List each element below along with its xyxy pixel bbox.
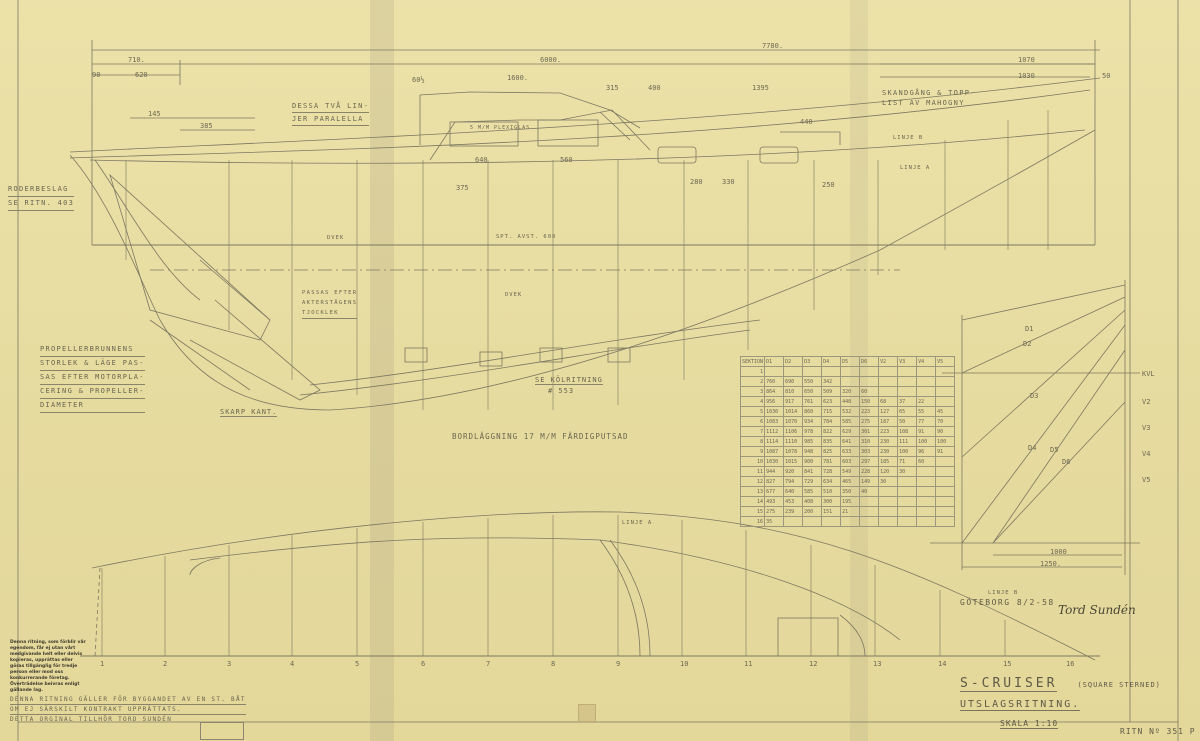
offset-cell [822, 367, 841, 377]
offset-cell: D3 [803, 357, 822, 367]
offset-table: SEKTIOND1D2D3D4D5D6V2V3V4V51276069055034… [740, 356, 955, 527]
note-contract: DENNA RITNING GÄLLER FÖR BYGGANDET AV EN… [10, 695, 246, 724]
offset-cell: 70 [936, 417, 955, 427]
offset-cell: 760 [765, 377, 784, 387]
dim-cabin-0: 60½ [412, 76, 425, 84]
plan-station-label: 2 [163, 660, 167, 668]
offset-cell [898, 377, 917, 387]
offset-cell [917, 487, 936, 497]
offset-cell: 629 [841, 427, 860, 437]
offset-cell: 1110 [784, 437, 803, 447]
offset-cell [898, 367, 917, 377]
offset-cell: 300 [822, 497, 841, 507]
offset-table-row: 1 [741, 367, 955, 377]
offset-cell: 187 [879, 417, 898, 427]
dim-fwd-3: 385 [200, 122, 213, 130]
offset-cell: 715 [822, 407, 841, 417]
offset-cell: 864 [765, 387, 784, 397]
plan-station-label: 4 [290, 660, 294, 668]
offset-cell: 223 [879, 427, 898, 437]
offset-cell: 634 [822, 477, 841, 487]
offset-table-row: 1367764058551035040 [741, 487, 955, 497]
dim-cabin-1395: 1395 [752, 84, 769, 92]
tape-mark [578, 704, 596, 722]
offset-cell: 603 [841, 457, 860, 467]
offset-cell: 978 [803, 427, 822, 437]
offset-cell [784, 517, 803, 527]
offset-cell [917, 387, 936, 397]
dim-stern-end: 50 [1102, 72, 1110, 80]
offset-table-row: 386481065050932060 [741, 387, 955, 397]
offset-cell: 1070 [784, 417, 803, 427]
offset-cell [898, 487, 917, 497]
offset-cell: 40 [860, 487, 879, 497]
offset-cell [860, 377, 879, 387]
note-paralella: DESSA TVÅ LIN- JER PARALELLA [292, 100, 369, 126]
dim-deck-330: 330 [722, 178, 735, 186]
offset-cell: 45 [936, 407, 955, 417]
offset-cell: 585 [803, 487, 822, 497]
offset-cell: 68 [879, 397, 898, 407]
note-bordlaggning: BORDLÄGGNING 17 m/m FÄRDIGPUTSAD [452, 432, 629, 441]
offset-table-row: 10103010159007816032971857160 [741, 457, 955, 467]
offset-cell: 13 [741, 487, 765, 497]
note-propeller: PROPELLERBRUNNENS STORLEK & LÄGE PAS- SA… [40, 343, 145, 413]
label-linje-b-plan: LINJE B [988, 590, 1018, 596]
offset-cell: 342 [822, 377, 841, 387]
offset-cell: 90 [936, 427, 955, 437]
offset-cell: 10 [741, 457, 765, 467]
offset-cell: 1078 [784, 447, 803, 457]
offset-cell: 5 [741, 407, 765, 417]
offset-cell [860, 497, 879, 507]
dim-stern-outer: 1070 [1018, 56, 1035, 64]
offset-cell: 35 [765, 517, 784, 527]
offset-cell: 71 [898, 457, 917, 467]
offset-cell: 794 [784, 477, 803, 487]
offset-cell: 677 [765, 487, 784, 497]
offset-cell: 408 [803, 497, 822, 507]
offset-cell: 917 [784, 397, 803, 407]
offset-cell: 1015 [784, 457, 803, 467]
offset-cell: 827 [765, 477, 784, 487]
offset-cell: 633 [841, 447, 860, 457]
offset-cell [841, 517, 860, 527]
offset-cell: 1106 [784, 427, 803, 437]
offset-cell: 151 [822, 507, 841, 517]
dim-cabin-length: 1600. [507, 74, 528, 82]
offset-cell: D6 [860, 357, 879, 367]
offset-cell: 200 [803, 507, 822, 517]
offset-cell [936, 387, 955, 397]
offset-cell [860, 517, 879, 527]
offset-cell [898, 507, 917, 517]
drawing-scale: SKALA 1:10 [1000, 719, 1058, 729]
offset-cell: 641 [841, 437, 860, 447]
offset-cell [898, 477, 917, 487]
offset-cell: 1 [741, 367, 765, 377]
offset-cell: 91 [917, 427, 936, 437]
offset-cell: 6 [741, 417, 765, 427]
place-date: GÖTEBORG 8/2-58 [960, 598, 1055, 607]
offset-table-row: 610831070934784585275187507770 [741, 417, 955, 427]
dim-deck-250: 250 [822, 181, 835, 189]
offset-cell: 120 [879, 467, 898, 477]
offset-cell: V4 [917, 357, 936, 367]
plan-station-label: 6 [421, 660, 425, 668]
note-roderbeslag: RODERBESLAG SE RITN. 403 [8, 183, 74, 211]
offset-cell: 650 [803, 387, 822, 397]
offset-cell: 96 [917, 447, 936, 457]
dim-lwl: 6000. [540, 56, 561, 64]
drawing-subtitle: (SQUARE STERNED) [1077, 681, 1160, 689]
diag-wl-v4: V4 [1142, 450, 1150, 458]
offset-cell: 860 [803, 407, 822, 417]
offset-cell: 1112 [765, 427, 784, 437]
offset-cell [917, 507, 936, 517]
offset-cell [784, 367, 803, 377]
dim-fwd-2: 145 [148, 110, 161, 118]
hull-lines-drawing [0, 0, 1200, 741]
offset-table-row: 2760690550342 [741, 377, 955, 387]
offset-cell: 310 [860, 437, 879, 447]
offset-cell: 100 [936, 437, 955, 447]
title-block: S-CRUISER(SQUARE STERNED) UTSLAGSRITNING… [960, 672, 1161, 730]
offset-cell: 50 [898, 417, 917, 427]
offset-cell: 729 [803, 477, 822, 487]
drawing-title: S-CRUISER [960, 676, 1057, 692]
offset-cell [917, 367, 936, 377]
offset-cell: 15 [741, 507, 765, 517]
offset-cell: 4 [741, 397, 765, 407]
offset-cell: 728 [822, 467, 841, 477]
offset-cell: 100 [917, 437, 936, 447]
dim-deck-375: 375 [456, 184, 469, 192]
diag-label-d2: D2 [1023, 340, 1031, 348]
drawing-sheet: 7780. 6000. 710. 1070 1030 50 90 620 145… [0, 0, 1200, 741]
label-linje-a: LINJE A [900, 165, 930, 171]
offset-cell: 223 [860, 407, 879, 417]
offset-cell [860, 367, 879, 377]
plan-station-label: 3 [227, 660, 231, 668]
dim-fwd-1: 620 [135, 71, 148, 79]
label-plexiglas: 5 m/m PLEXIGLAS [470, 125, 530, 131]
plan-station-label: 8 [551, 660, 555, 668]
offset-cell: 623 [822, 397, 841, 407]
drawing-type: UTSLAGSRITNING. [960, 699, 1080, 711]
diag-wl-v3: V3 [1142, 424, 1150, 432]
offset-cell [936, 487, 955, 497]
offset-cell: 585 [841, 417, 860, 427]
offset-cell [936, 497, 955, 507]
offset-cell: 549 [841, 467, 860, 477]
offset-cell [898, 517, 917, 527]
offset-cell: 12 [741, 477, 765, 487]
offset-cell [936, 377, 955, 387]
offset-cell: 956 [765, 397, 784, 407]
offset-cell: 690 [784, 377, 803, 387]
offset-cell: V5 [936, 357, 955, 367]
offset-cell: D2 [784, 357, 803, 367]
offset-cell [936, 517, 955, 527]
offset-cell: 239 [784, 507, 803, 517]
offset-cell: 55 [917, 407, 936, 417]
offset-cell [803, 367, 822, 377]
offset-cell: V2 [879, 357, 898, 367]
dim-cabin-315: 315 [606, 84, 619, 92]
dim-overall: 7780. [762, 42, 783, 50]
offset-cell: 550 [803, 377, 822, 387]
offset-cell: 493 [765, 497, 784, 507]
offset-cell [803, 517, 822, 527]
plan-station-label: 9 [616, 660, 620, 668]
offset-cell [936, 367, 955, 377]
offset-cell: 510 [822, 487, 841, 497]
offset-cell: 3 [741, 387, 765, 397]
offset-cell: 14 [741, 497, 765, 507]
offset-cell: 77 [917, 417, 936, 427]
offset-cell: 985 [803, 437, 822, 447]
offset-cell: 784 [822, 417, 841, 427]
offset-cell [898, 497, 917, 507]
offset-cell [936, 397, 955, 407]
offset-table-row: 1635 [741, 517, 955, 527]
offset-cell: 920 [784, 467, 803, 477]
offset-cell: 30 [879, 477, 898, 487]
offset-cell: SEKTION [741, 357, 765, 367]
offset-cell: 127 [879, 407, 898, 417]
offset-cell: 60 [860, 387, 879, 397]
offset-table-row: 1282779472963446514930 [741, 477, 955, 487]
dim-bow: 710. [128, 56, 145, 64]
dim-deck-640: 640 [475, 156, 488, 164]
offset-table-row: 811141110985835641310230111100100 [741, 437, 955, 447]
note-skandgang: SKANDGÅNG & TOPP- LIST AV MAHOGNY [882, 88, 976, 108]
diag-label-d1: D1 [1025, 325, 1033, 333]
diag-wl-kvl: KVL [1142, 370, 1155, 378]
dim-deck-280: 280 [690, 178, 703, 186]
offset-cell: V3 [898, 357, 917, 367]
offset-cell: D5 [841, 357, 860, 367]
plan-station-label: 13 [873, 660, 881, 668]
offset-cell: 11 [741, 467, 765, 477]
offset-cell: 453 [784, 497, 803, 507]
offset-cell: 640 [784, 487, 803, 497]
offset-cell: 835 [822, 437, 841, 447]
offset-cell: 16 [741, 517, 765, 527]
dim-stern-inner: 1030 [1018, 72, 1035, 80]
offset-cell: 100 [898, 447, 917, 457]
offset-cell [917, 477, 936, 487]
signature: Tord Sundén [1058, 603, 1136, 617]
offset-cell: 230 [879, 437, 898, 447]
offset-cell [879, 517, 898, 527]
dim-deck-560: 560 [560, 156, 573, 164]
offset-cell [898, 387, 917, 397]
note-skarp-kant: SKARP KANT. [220, 408, 277, 417]
offset-cell [936, 507, 955, 517]
note-se-kolritning: SE KÖLRITNING [535, 376, 603, 385]
offset-cell: 1083 [765, 417, 784, 427]
offset-cell: 275 [860, 417, 879, 427]
offset-table-row: 14493453408300195 [741, 497, 955, 507]
note-passas: PASSAS EFTER AKTERSTÄGENS TJOCKLEK [302, 288, 357, 319]
offset-cell [936, 467, 955, 477]
offset-table-row: 7111211069788226293012231089190 [741, 427, 955, 437]
offset-cell [917, 517, 936, 527]
plan-station-label: 7 [486, 660, 490, 668]
offset-cell: D4 [822, 357, 841, 367]
note-dvek-upper: DVEK [327, 235, 344, 241]
offset-cell [860, 507, 879, 517]
offset-cell: 944 [765, 467, 784, 477]
diag-dim-1250: 1250. [1040, 560, 1061, 568]
plan-station-label: 5 [355, 660, 359, 668]
offset-cell: 532 [841, 407, 860, 417]
offset-cell: 37 [898, 397, 917, 407]
note-spt-avst: SPT. AVST. 600 [496, 234, 556, 240]
offset-cell: D1 [765, 357, 784, 367]
offset-cell [879, 367, 898, 377]
offset-cell: 65 [898, 407, 917, 417]
offset-cell: 7 [741, 427, 765, 437]
offset-cell [879, 387, 898, 397]
note-kolritning-no: # 553 [548, 387, 574, 395]
offset-cell: 822 [822, 427, 841, 437]
plan-station-label: 16 [1066, 660, 1074, 668]
archive-stamp [200, 722, 244, 740]
offset-cell: 228 [860, 467, 879, 477]
offset-table-row: 510301014860715532223127655545 [741, 407, 955, 417]
drawing-number: RITN Nº 351 P [1120, 727, 1196, 736]
offset-cell [936, 457, 955, 467]
offset-cell: 948 [803, 447, 822, 457]
plan-station-label: 15 [1003, 660, 1011, 668]
offset-cell: 9 [741, 447, 765, 457]
note-dvek-lower: DVEK [505, 292, 522, 298]
offset-cell: 781 [822, 457, 841, 467]
plan-station-label: 10 [680, 660, 688, 668]
offset-cell: 108 [898, 427, 917, 437]
plan-station-label: 1 [100, 660, 104, 668]
offset-cell: 934 [803, 417, 822, 427]
offset-cell: 810 [784, 387, 803, 397]
offset-cell: 30 [898, 467, 917, 477]
offset-cell: 149 [860, 477, 879, 487]
copyright-stamp: Denna ritning, som förblir vår egendom, … [10, 640, 88, 694]
diag-wl-v2: V2 [1142, 398, 1150, 406]
offset-cell [765, 367, 784, 377]
offset-cell: 275 [765, 507, 784, 517]
label-linje-b: LINJE B [893, 135, 923, 141]
diag-label-d6: D6 [1062, 458, 1070, 466]
offset-cell: 761 [803, 397, 822, 407]
offset-cell: 1030 [765, 457, 784, 467]
plan-station-label: 12 [809, 660, 817, 668]
offset-cell: 301 [860, 427, 879, 437]
offset-cell: 2 [741, 377, 765, 387]
offset-cell [841, 367, 860, 377]
offset-cell [879, 507, 898, 517]
offset-cell: 1087 [765, 447, 784, 457]
offset-cell: 1030 [765, 407, 784, 417]
offset-cell [879, 497, 898, 507]
offset-cell: 111 [898, 437, 917, 447]
offset-cell [841, 377, 860, 387]
offset-cell [879, 487, 898, 497]
offset-cell: 60 [917, 457, 936, 467]
plan-station-label: 11 [744, 660, 752, 668]
offset-cell: 350 [841, 487, 860, 497]
offset-table-row: 4956917761623448150683722 [741, 397, 955, 407]
offset-cell [936, 477, 955, 487]
offset-cell: 509 [822, 387, 841, 397]
offset-cell: 303 [860, 447, 879, 457]
diag-wl-v5: V5 [1142, 476, 1150, 484]
offset-cell [822, 517, 841, 527]
offset-cell: 1114 [765, 437, 784, 447]
offset-cell [879, 377, 898, 387]
offset-cell [917, 497, 936, 507]
offset-cell: 1014 [784, 407, 803, 417]
offset-table-header: SEKTIOND1D2D3D4D5D6V2V3V4V5 [741, 357, 955, 367]
offset-table-row: 9108710789488256333032301009691 [741, 447, 955, 457]
diag-dim-1000: 1000 [1050, 548, 1067, 556]
offset-cell: 21 [841, 507, 860, 517]
dim-cabin-440: 440 [800, 118, 813, 126]
label-linje-a-plan: LINJE A [622, 520, 652, 526]
offset-cell: 841 [803, 467, 822, 477]
offset-table-row: 1194492084172854922812030 [741, 467, 955, 477]
offset-cell: 185 [879, 457, 898, 467]
diag-label-d4: D4 [1028, 444, 1036, 452]
offset-cell: 150 [860, 397, 879, 407]
offset-cell: 900 [803, 457, 822, 467]
offset-table-row: 1527523920015121 [741, 507, 955, 517]
offset-cell: 22 [917, 397, 936, 407]
dim-cabin-400: 400 [648, 84, 661, 92]
offset-cell: 320 [841, 387, 860, 397]
offset-cell: 465 [841, 477, 860, 487]
dim-fwd-0: 90 [92, 71, 100, 79]
diag-label-d3: D3 [1030, 392, 1038, 400]
offset-cell: 8 [741, 437, 765, 447]
offset-cell: 297 [860, 457, 879, 467]
diag-label-d5: D5 [1050, 446, 1058, 454]
offset-cell: 448 [841, 397, 860, 407]
offset-cell [917, 377, 936, 387]
offset-cell: 825 [822, 447, 841, 457]
offset-cell [917, 467, 936, 477]
plan-station-label: 14 [938, 660, 946, 668]
offset-cell: 91 [936, 447, 955, 457]
offset-cell: 195 [841, 497, 860, 507]
offset-cell: 230 [879, 447, 898, 457]
